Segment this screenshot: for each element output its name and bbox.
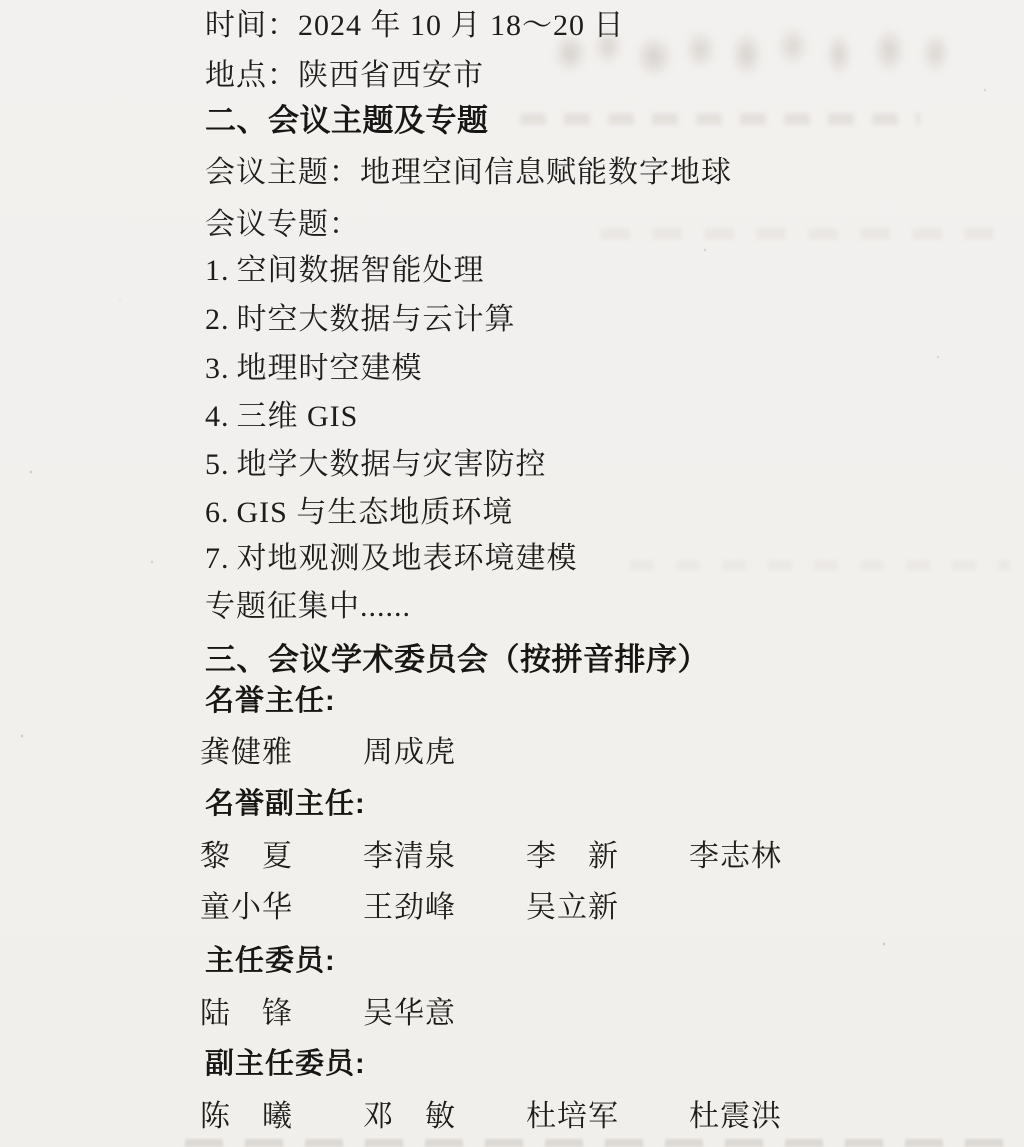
topic-text: 地理时空建模 — [237, 352, 423, 385]
topic-number: 7. — [205, 542, 230, 575]
time-label: 时间： — [205, 9, 298, 42]
topic-text: 时空大数据与云计算 — [237, 303, 516, 336]
topic-number: 3. — [205, 352, 230, 385]
venue-value: 陕西省西安市 — [298, 59, 484, 92]
committee-member-name: 周成虎 — [363, 735, 526, 771]
committee-names-row: 龚健雅周成虎 — [200, 735, 526, 771]
committee-member-name: 杜培军 — [526, 1099, 689, 1135]
topic-item-3: 3.地理时空建模 — [205, 351, 423, 387]
committee-member-name: 陈 曦 — [200, 1099, 363, 1135]
section2-heading: 二、会议主题及专题 — [205, 102, 489, 139]
topic-item-7: 7.对地观测及地表环境建模 — [205, 541, 578, 577]
bleedthrough-line-smudge — [630, 560, 1010, 571]
topic-number: 5. — [205, 448, 230, 481]
theme-line: 会议主题：地理空间信息赋能数字地球 — [205, 155, 732, 191]
meta-time-line: 时间：2024 年 10 月 18～20 日 — [205, 8, 625, 44]
committee-member-name: 吴立新 — [526, 890, 689, 926]
theme-label: 会议主题： — [205, 156, 360, 189]
topic-number: 1. — [205, 254, 230, 287]
scan-edge-streak — [185, 1139, 1024, 1147]
committee-member-name: 李志林 — [689, 839, 852, 875]
topic-item-2: 2.时空大数据与云计算 — [205, 302, 516, 338]
topics-label: 会议专题： — [205, 207, 360, 243]
committee-group-title: 名誉主任: — [205, 684, 336, 719]
topic-item-6: 6.GIS 与生态地质环境 — [205, 495, 513, 531]
topic-number: 4. — [205, 400, 230, 433]
topic-number: 6. — [205, 496, 230, 529]
bleedthrough-line-smudge — [600, 228, 1000, 240]
venue-label: 地点： — [205, 59, 298, 92]
committee-member-name: 杜震洪 — [689, 1099, 852, 1135]
theme-value: 地理空间信息赋能数字地球 — [360, 156, 732, 189]
topic-item-5: 5.地学大数据与灾害防控 — [205, 447, 547, 483]
committee-member-name: 陆 锋 — [200, 996, 363, 1032]
committee-member-name: 童小华 — [200, 890, 363, 926]
committee-names-row: 陈 曦邓 敏杜培军杜震洪 — [200, 1099, 852, 1135]
committee-member-name: 龚健雅 — [200, 735, 363, 771]
committee-member-name: 吴华意 — [363, 996, 526, 1032]
time-value: 2024 年 10 月 18～20 日 — [298, 9, 625, 42]
topic-text: GIS 与生态地质环境 — [237, 496, 514, 529]
topic-item-1: 1.空间数据智能处理 — [205, 253, 485, 289]
topics-note: 专题征集中...... — [205, 589, 411, 625]
committee-member-name: 黎 夏 — [200, 839, 363, 875]
committee-member-name: 李 新 — [526, 839, 689, 875]
committee-group-title: 主任委员: — [205, 944, 336, 979]
topic-text: 对地观测及地表环境建模 — [237, 542, 578, 575]
section3-heading: 三、会议学术委员会（按拼音排序） — [205, 641, 709, 678]
committee-names-row: 黎 夏李清泉李 新李志林 — [200, 839, 852, 875]
scanned-document-page: 时间：2024 年 10 月 18～20 日 地点：陕西省西安市 二、会议主题及… — [0, 0, 1024, 1147]
committee-group-title: 副主任委员: — [205, 1047, 366, 1082]
topic-item-4: 4.三维 GIS — [205, 399, 358, 435]
committee-names-row: 陆 锋吴华意 — [200, 996, 526, 1032]
bleedthrough-line-smudge — [520, 113, 920, 125]
topic-number: 2. — [205, 303, 230, 336]
committee-member-name: 邓 敏 — [363, 1099, 526, 1135]
meta-venue-line: 地点：陕西省西安市 — [205, 58, 484, 94]
topic-text: 三维 GIS — [237, 400, 359, 433]
committee-member-name: 王劲峰 — [363, 890, 526, 926]
committee-member-name: 李清泉 — [363, 839, 526, 875]
topic-text: 地学大数据与灾害防控 — [237, 448, 547, 481]
committee-group-title: 名誉副主任: — [205, 787, 366, 822]
committee-names-row: 童小华王劲峰吴立新 — [200, 890, 689, 926]
topic-text: 空间数据智能处理 — [237, 254, 485, 287]
